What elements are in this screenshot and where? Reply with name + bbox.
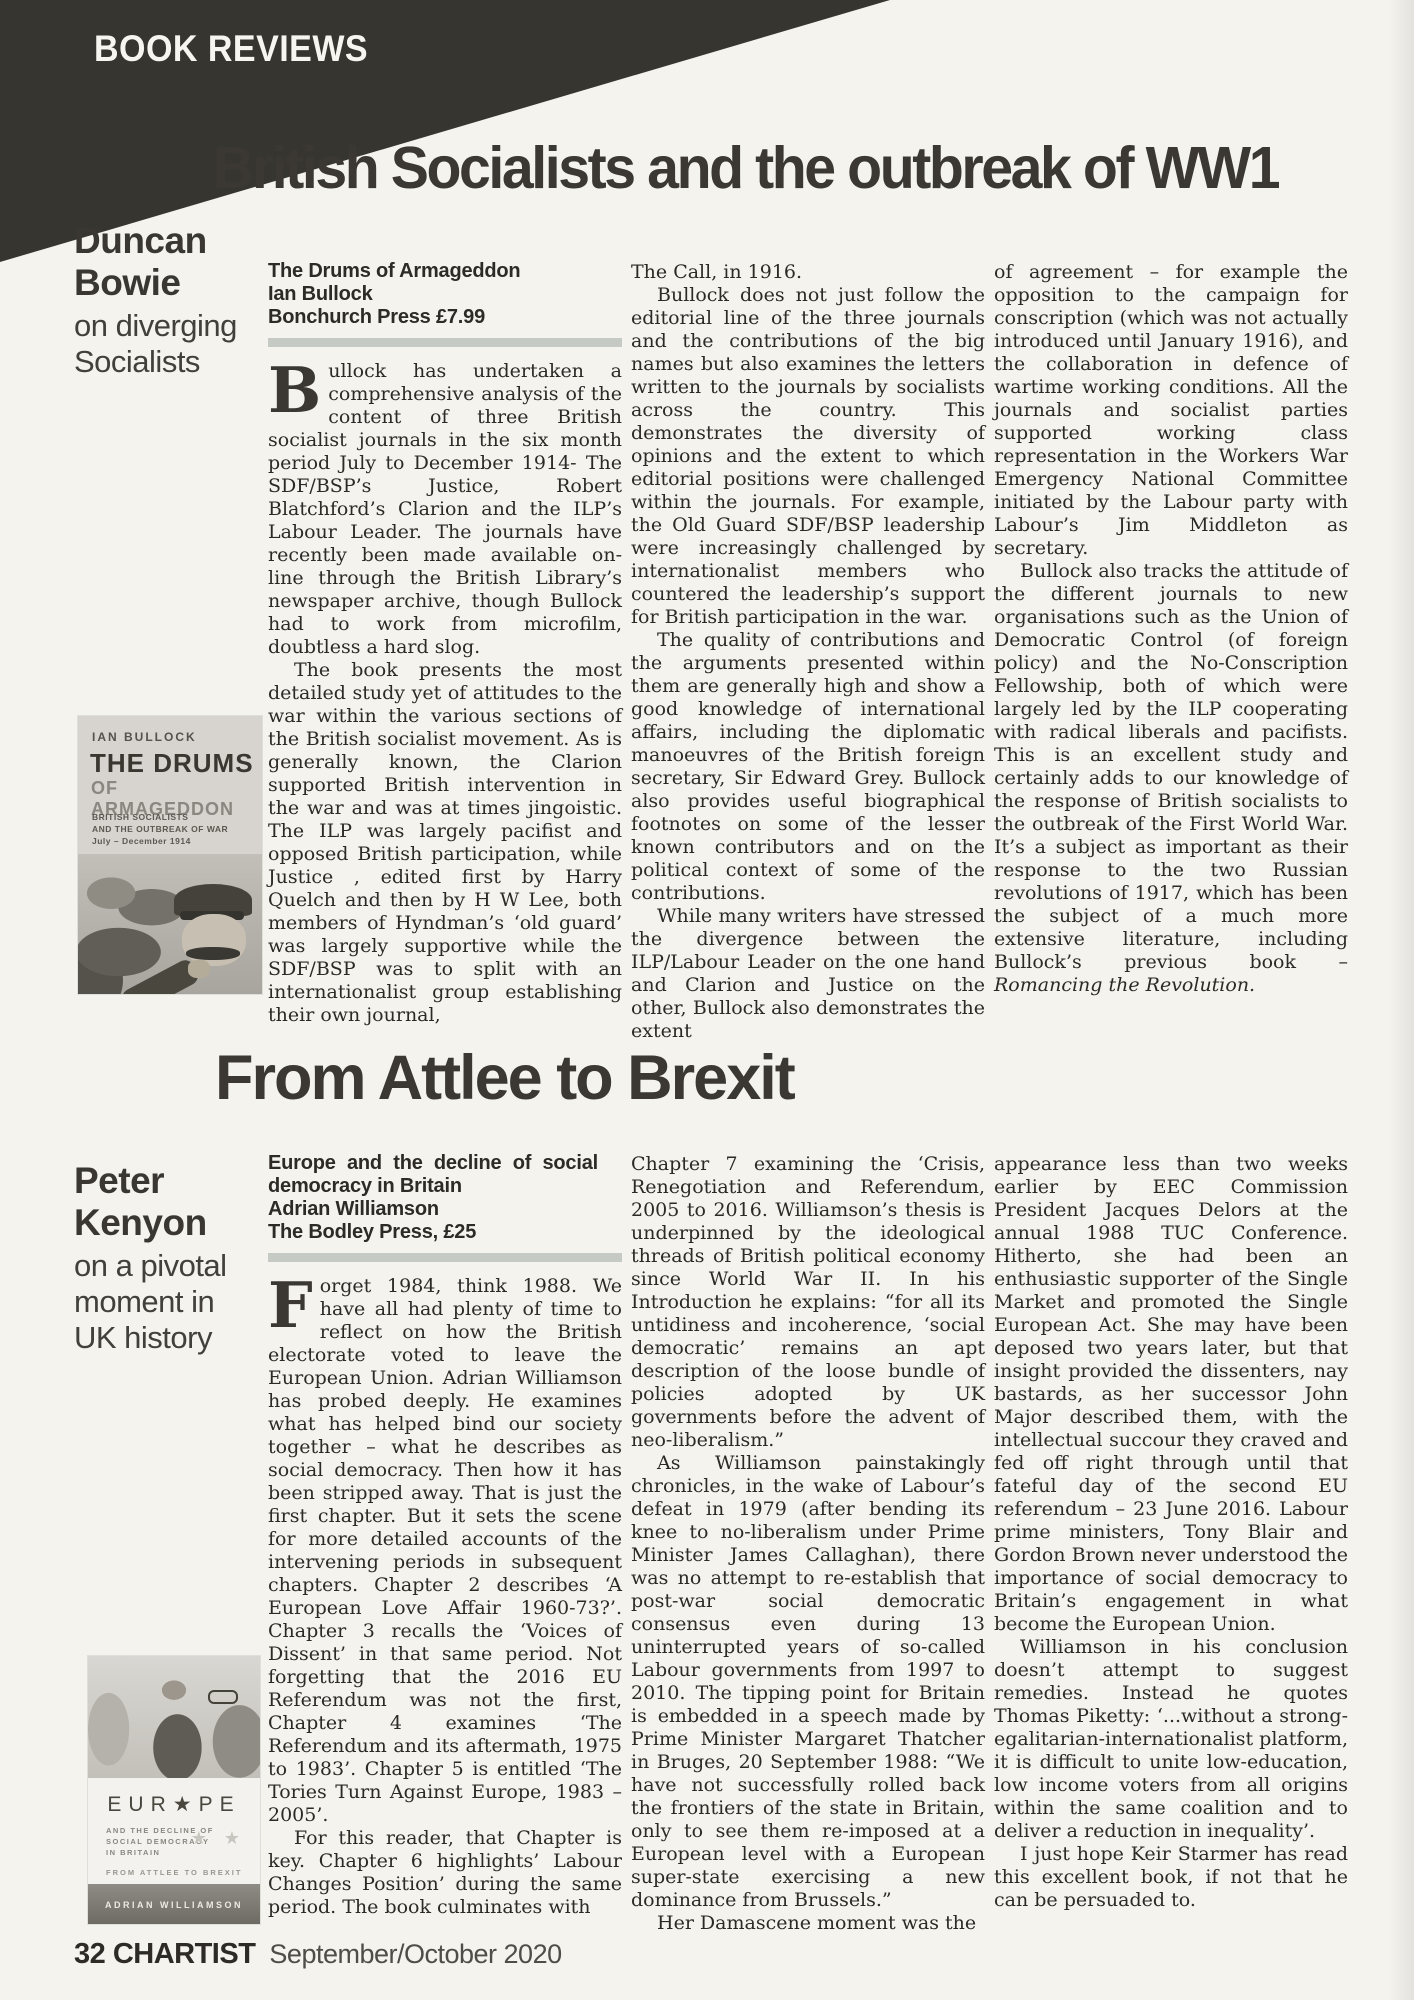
book-author: Ian Bullock — [268, 283, 622, 306]
column-text: The Call, in 1916.Bullock does not just … — [631, 261, 985, 1043]
body-paragraph: As Williamson painstakingly chronicles, … — [631, 1452, 985, 1912]
article1-column-1: The Drums of Armageddon Ian Bullock Bonc… — [268, 260, 622, 1027]
book-cover-drums-of-armageddon: IAN BULLOCK THE DRUMS OF ARMAGEDDON BRIT… — [78, 716, 262, 994]
column-text: of agreement – for example the oppositio… — [994, 261, 1348, 997]
body-paragraph: Williamson in his conclusion doesn’t att… — [994, 1636, 1348, 1843]
stars-icon: ★ ★ — [191, 1828, 246, 1849]
column-text: Forget 1984, think 1988. We have all had… — [268, 1275, 622, 1919]
reviewer-tagline: on diverging Socialists — [74, 308, 246, 380]
divider-bar — [268, 338, 622, 347]
book-author: Adrian Williamson — [268, 1198, 622, 1221]
drop-cap: F — [268, 1275, 320, 1330]
divider-bar — [268, 1253, 622, 1262]
cover-author: IAN BULLOCK — [92, 730, 197, 744]
body-paragraph: Bullock has undertaken a comprehensive a… — [268, 360, 622, 659]
body-paragraph: The Call, in 1916. — [631, 261, 985, 284]
book-publisher-price: The Bodley Press, £25 — [268, 1221, 622, 1244]
column-text: Bullock has undertaken a comprehensive a… — [268, 360, 622, 1027]
body-paragraph: Chapter 7 examining the ‘Crisis, Renegot… — [631, 1153, 985, 1452]
cover-photo — [78, 854, 262, 994]
body-paragraph: While many writers have stressed the div… — [631, 905, 985, 1043]
column-text: Chapter 7 examining the ‘Crisis, Renegot… — [631, 1153, 985, 1935]
column-text: appearance less than two weeks earlier b… — [994, 1153, 1348, 1912]
body-paragraph: Her Damascene moment was the — [631, 1912, 985, 1935]
book-title: Europe and the decline of social democra… — [268, 1152, 598, 1198]
reviewer-tagline: on a pivotal moment in UK history — [74, 1248, 246, 1356]
cover-art: EUR★PE AND THE DECLINE OF SOCIAL DEMOCRA… — [88, 1656, 260, 1924]
body-paragraph: Bullock does not just follow the editori… — [631, 284, 985, 629]
article2-sidebar: Peter Kenyon on a pivotal moment in UK h… — [74, 1160, 246, 1356]
cover-title-band: EUR★PE AND THE DECLINE OF SOCIAL DEMOCRA… — [88, 1778, 260, 1884]
reviewer-name: Peter Kenyon — [74, 1160, 246, 1244]
article2-column-1: Europe and the decline of social democra… — [268, 1152, 622, 1919]
cover-author: ADRIAN WILLIAMSON — [88, 1900, 260, 1910]
article1-column-3: of agreement – for example the oppositio… — [994, 261, 1348, 997]
page-number-and-magazine: 32 CHARTIST — [74, 1938, 255, 1970]
page-footer: 32 CHARTISTSeptember/October 2020 — [74, 1938, 562, 1971]
body-paragraph: The book presents the most detailed stud… — [268, 659, 622, 1027]
article2-column-2: Chapter 7 examining the ‘Crisis, Renegot… — [631, 1153, 985, 1935]
body-paragraph: I just hope Keir Starmer has read this e… — [994, 1843, 1348, 1912]
body-paragraph: For this reader, that Chapter is key. Ch… — [268, 1827, 622, 1919]
book-cover-europe: EUR★PE AND THE DECLINE OF SOCIAL DEMOCRA… — [88, 1656, 260, 1924]
article1-sidebar: Duncan Bowie on diverging Socialists — [74, 220, 246, 380]
body-paragraph: Forget 1984, think 1988. We have all had… — [268, 1275, 622, 1827]
glasses-icon — [208, 1690, 238, 1704]
cover-photo — [88, 1656, 260, 1778]
magazine-page: BOOK REVIEWS British Socialists and the … — [0, 0, 1414, 2000]
cover-title-line1: THE DRUMS — [90, 748, 254, 779]
article2-headline: From Attlee to Brexit — [215, 1042, 794, 1114]
section-title: BOOK REVIEWS — [94, 28, 368, 70]
cover-tagline: FROM ATTLEE TO BREXIT — [106, 1868, 242, 1877]
cover-subtitle-2: AND THE OUTBREAK OF WAR — [92, 824, 228, 834]
body-paragraph: The quality of contributions and the arg… — [631, 629, 985, 905]
book-publisher-price: Bonchurch Press £7.99 — [268, 306, 622, 329]
reviewer-name: Duncan Bowie — [74, 220, 246, 304]
italic-book-title: Romancing the Revolution. — [994, 974, 1255, 996]
body-paragraph: Bullock also tracks the attitude of the … — [994, 560, 1348, 997]
book-info-block: Europe and the decline of social democra… — [268, 1152, 622, 1244]
kitchener-hand — [188, 960, 210, 978]
body-paragraph: of agreement – for example the oppositio… — [994, 261, 1348, 560]
article2-column-3: appearance less than two weeks earlier b… — [994, 1153, 1348, 1912]
issue-date: September/October 2020 — [269, 1939, 561, 1969]
kitchener-moustache — [186, 947, 240, 960]
body-paragraph: appearance less than two weeks earlier b… — [994, 1153, 1348, 1636]
cover-subtitle-3: IN BRITAIN — [106, 1848, 160, 1857]
cover-art: IAN BULLOCK THE DRUMS OF ARMAGEDDON BRIT… — [78, 716, 262, 994]
cover-subtitle-3: July – December 1914 — [92, 836, 191, 846]
drop-cap: B — [268, 360, 328, 415]
cover-subtitle-1: BRITISH SOCIALISTS — [92, 812, 188, 822]
article1-headline: British Socialists and the outbreak of W… — [213, 134, 1278, 202]
book-info-block: The Drums of Armageddon Ian Bullock Bonc… — [268, 260, 622, 329]
cover-title: EUR★PE — [88, 1792, 260, 1817]
article1-column-2: The Call, in 1916.Bullock does not just … — [631, 261, 985, 1043]
book-title: The Drums of Armageddon — [268, 260, 598, 283]
